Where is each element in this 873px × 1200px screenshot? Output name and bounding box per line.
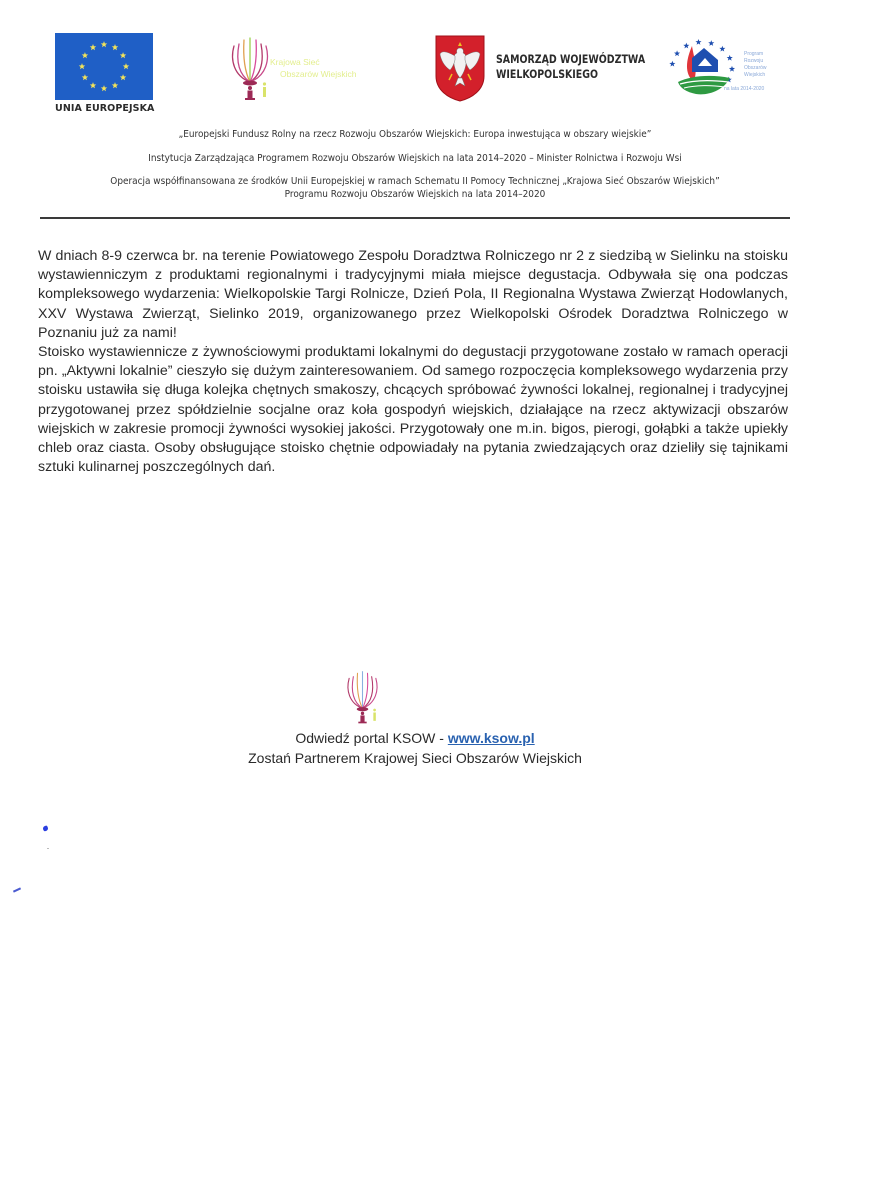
eu-flag-icon [55,33,153,100]
footer-partner-line: Zostań Partnerem Krajowej Sieci Obszarów… [0,748,830,768]
paragraph-1: W dniach 8-9 czerwca br. na terenie Powi… [38,247,788,343]
ksow-line1: Krajowa Sieć [270,56,357,68]
prow-line4: Wiejskich [744,72,767,79]
scan-speck [47,848,49,849]
prow-logo-text: Program Rozwoju Obszarów Wiejskich [744,51,767,79]
footer-visit-prefix: Odwiedź portal KSOW - [295,730,448,746]
eu-logo: UNIA EUROPEJSKA [55,33,153,114]
ksow-logo-text: Krajowa Sieć Obszarów Wiejskich [270,56,357,80]
header-divider [40,217,790,219]
scan-speck [13,887,21,892]
funding-header: „Europejski Fundusz Rolny na rzecz Rozwo… [66,126,764,200]
prow-years: na lata 2014-2020 [724,86,764,92]
header-line-programme: Programu Rozwoju Obszarów Wiejskich na l… [66,189,764,200]
wielkopolska-line2: WIELKOPOLSKIEGO [496,67,645,82]
wielkopolska-logo-text: SAMORZĄD WOJEWÓDZTWA WIELKOPOLSKIEGO [496,52,645,82]
prow-line1: Program [744,51,767,58]
header-line-authority: Instytucja Zarządzająca Programem Rozwoj… [66,153,764,164]
prow-line2: Rozwoju [744,58,767,65]
prow-logo: Program Rozwoju Obszarów Wiejskich na la… [664,38,774,98]
ksow-line2: Obszarów Wiejskich [270,68,357,80]
ksow-link[interactable]: www.ksow.pl [448,730,535,746]
eu-label: UNIA EUROPEJSKA [55,103,153,114]
scan-speck [42,825,48,831]
footer-ksow-logo [340,670,470,725]
header-line-eafrd: „Europejski Fundusz Rolny na rzecz Rozwo… [66,129,764,140]
wielkopolska-line1: SAMORZĄD WOJEWÓDZTWA [496,52,645,67]
logo-bar: UNIA EUROPEJSKA Krajowa Sieć Obszarów Wi… [0,0,873,120]
prow-line3: Obszarów [744,65,767,72]
eagle-shield-icon [434,34,486,102]
footer-visit-line: Odwiedź portal KSOW - www.ksow.pl [0,728,830,748]
footer: Odwiedź portal KSOW - www.ksow.pl Zostań… [0,728,830,768]
paragraph-2: Stoisko wystawiennicze z żywnościowymi p… [38,343,788,477]
header-line-cofinancing: Operacja współfinansowana ze środków Uni… [66,176,764,187]
ksow-logo: Krajowa Sieć Obszarów Wiejskich [228,36,408,102]
article-body: W dniach 8-9 czerwca br. na terenie Powi… [38,247,788,477]
ksow-emblem-icon [340,670,390,725]
